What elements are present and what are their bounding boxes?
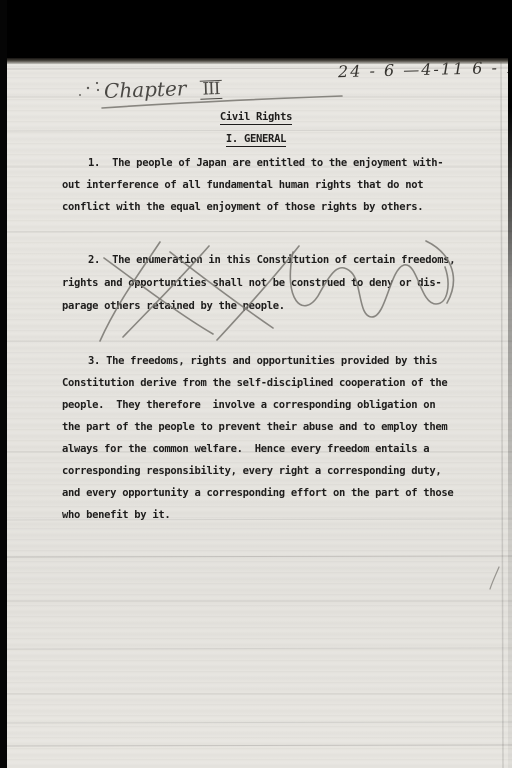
typed-line: corresponding responsibility, every righ… — [62, 460, 474, 482]
handwritten-chapter: ChapterIII — [104, 75, 222, 103]
chapter-word: Chapter — [104, 76, 187, 103]
typed-line: out interference of all fundamental huma… — [62, 174, 474, 196]
paragraph-1: 1. The people of Japan are entitled to t… — [62, 152, 474, 218]
scan-border-left — [0, 0, 7, 768]
section-heading: I. GENERAL — [0, 133, 512, 147]
typed-line: people. They therefore involve a corresp… — [62, 394, 474, 416]
typed-line: rights and opportunities shall not be co… — [62, 272, 474, 295]
paragraph-2-struck-out: 2. The enumeration in this Constitution … — [62, 249, 474, 318]
scan-border-top — [0, 0, 512, 58]
scan-border-right — [508, 0, 512, 768]
typed-line: the part of the people to prevent their … — [62, 416, 474, 438]
chapter-numeral: III — [200, 80, 222, 100]
paragraph-3: 3. The freedoms, rights and opportunitie… — [62, 350, 474, 526]
typed-line: 2. The enumeration in this Constitution … — [62, 249, 474, 272]
scan-border-top-edge — [0, 58, 512, 64]
typed-line: always for the common welfare. Hence eve… — [62, 438, 474, 460]
typed-line: who benefit by it. — [62, 504, 474, 526]
typed-line: conflict with the equal enjoyment of tho… — [62, 196, 474, 218]
typed-line: Constitution derive from the self-discip… — [62, 372, 474, 394]
typed-line: 3. The freedoms, rights and opportunitie… — [62, 350, 474, 372]
page-title: Civil Rights — [0, 111, 512, 125]
typed-line: parage others retained by the people. — [62, 295, 474, 318]
typed-line: 1. The people of Japan are entitled to t… — [62, 152, 474, 174]
scanned-document-frame: 24 - 6 —4-11 6 - 1 ChapterIII Civil Righ… — [0, 0, 512, 768]
typed-line: and every opportunity a corresponding ef… — [62, 482, 474, 504]
